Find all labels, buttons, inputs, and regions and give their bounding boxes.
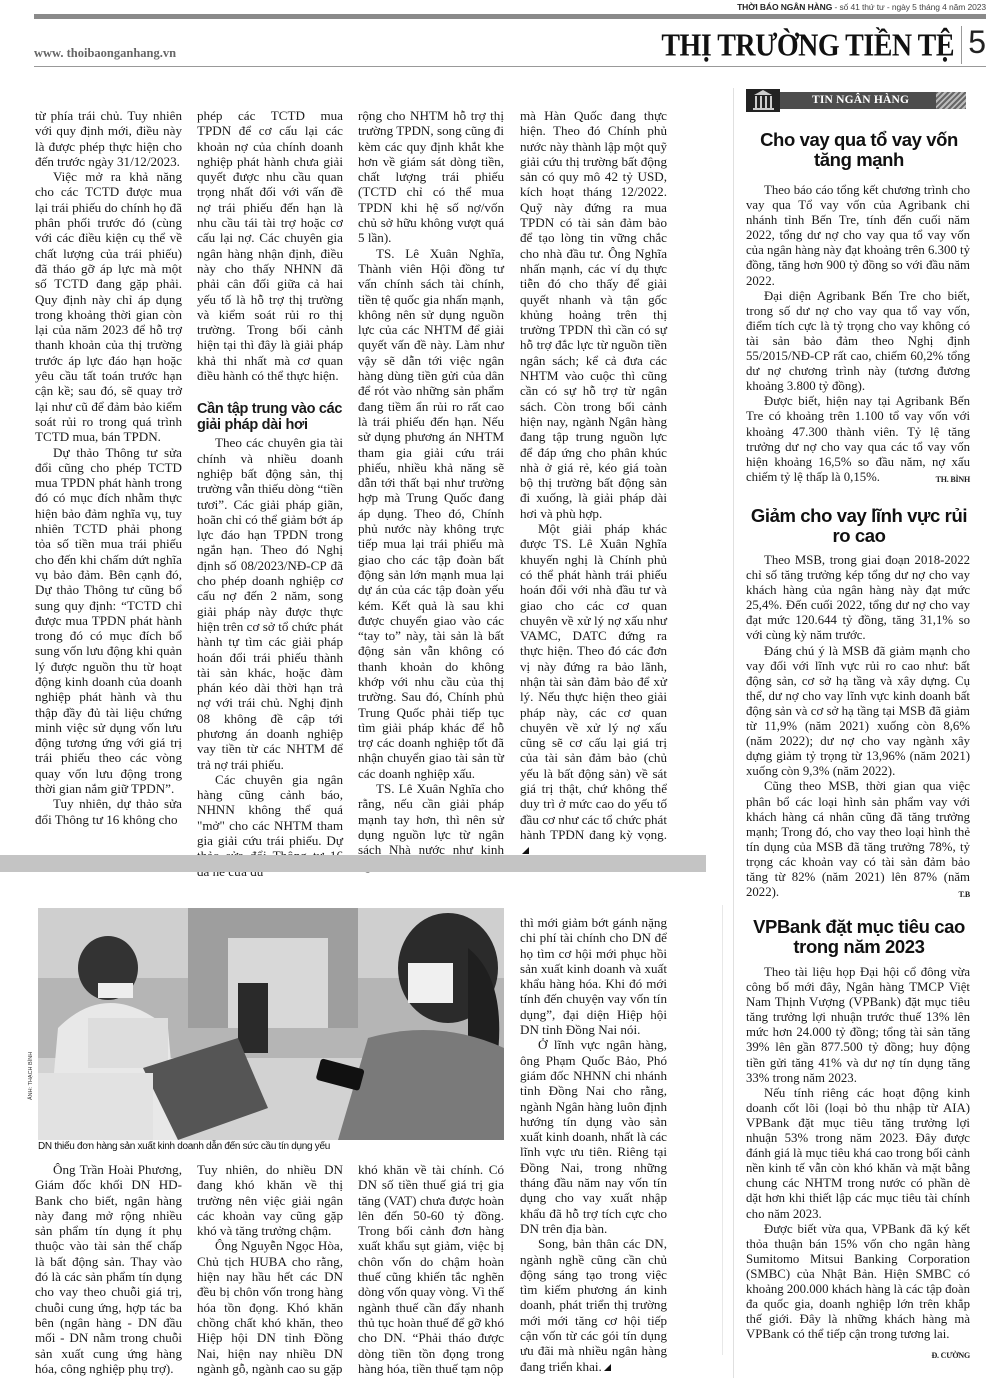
paragraph: Tuy nhiên, dự thảo sửa đổi Thông tư 16 k… bbox=[35, 796, 182, 827]
news-3-title: VPBank đặt mục tiêu cao trong năm 2023 bbox=[746, 917, 972, 957]
paragraph: Nếu tính riêng các hoạt động kinh doanh … bbox=[746, 1086, 970, 1222]
second-article-col-right: thì mới giảm bớt gánh nặng chi phí tài c… bbox=[520, 915, 667, 1374]
masthead-strip: THỜI BÁO NGÂN HÀNG - số 41 thứ tư - ngày… bbox=[0, 0, 1000, 14]
news-1-body: Theo báo cáo tổng kết chương trình cho v… bbox=[746, 183, 970, 487]
column-divider bbox=[722, 905, 723, 1355]
paragraph: rộng cho NHTM hỗ trợ thị trường TPDN, so… bbox=[358, 108, 504, 246]
paper-name: THỜI BÁO NGÂN HÀNG bbox=[737, 2, 832, 12]
second-article-col-3: khó khăn về tài chính. Có DN số tiền thu… bbox=[358, 1162, 504, 1376]
section-title: THỊ TRƯỜNG TIỀN TỆ bbox=[661, 28, 954, 65]
paragraph: mà Hàn Quốc đang thực hiện. Theo đó Chín… bbox=[520, 108, 667, 521]
photo-credit: ẢNH: THẠCH BÌNH bbox=[28, 1052, 34, 1100]
subheading: Cần tập trung vào các giải pháp dài hơi bbox=[197, 401, 343, 433]
paragraph: TS. Lê Xuân Nghĩa, Thành viên Hội đồng t… bbox=[358, 246, 504, 781]
paragraph: khó khăn về tài chính. Có DN số tiền thu… bbox=[358, 1162, 504, 1376]
paragraph: Tuy nhiên, do nhiều DN đang khó khăn về … bbox=[197, 1162, 343, 1238]
end-mark-icon bbox=[522, 847, 529, 854]
paragraph: phép các TCTD mua TPDN để cơ cấu lại các… bbox=[197, 108, 343, 383]
site-url[interactable]: www. thoibaonganhang.vn bbox=[34, 46, 176, 61]
photo-caption: DN thiếu đơn hàng sản xuất kinh doanh dẫ… bbox=[38, 1141, 330, 1152]
main-article-col-4: mà Hàn Quốc đang thực hiện. Theo đó Chín… bbox=[520, 108, 667, 858]
news-3-body: Theo tài liệu họp Đại hội cổ đông vừa cô… bbox=[746, 965, 970, 1363]
paragraph: Việc mở ra khả năng cho các TCTD được mu… bbox=[35, 169, 182, 444]
paragraph: Theo tài liệu họp Đại hội cổ đông vừa cô… bbox=[746, 965, 970, 1086]
bank-building-icon bbox=[746, 89, 780, 112]
second-article-col-1: Ông Trần Hoài Phương, Giám đốc khối DN H… bbox=[35, 1162, 182, 1376]
main-article-col-3: rộng cho NHTM hỗ trợ thị trường TPDN, so… bbox=[358, 108, 504, 873]
page-number-divider bbox=[961, 26, 962, 64]
header-rule bbox=[34, 66, 986, 67]
paragraph: Theo MSB, trong giai đoạn 2018-2022 chỉ … bbox=[746, 553, 970, 644]
section-divider-band bbox=[0, 855, 706, 872]
news-2-byline: T.B bbox=[746, 887, 970, 902]
paragraph: Một giải pháp khác được TS. Lê Xuân Nghĩ… bbox=[520, 521, 667, 842]
news-2-body: Theo MSB, trong giai đoạn 2018-2022 chỉ … bbox=[746, 553, 970, 902]
news-1-title: Cho vay qua tổ vay vốn tăng mạnh bbox=[746, 130, 972, 170]
photo-illustration-icon bbox=[38, 908, 504, 1140]
paragraph: Theo báo cáo tổng kết chương trình cho v… bbox=[746, 183, 970, 289]
paragraph: từ phía trái chủ. Tuy nhiên với quy định… bbox=[35, 108, 182, 169]
news-3-byline: Đ. CƯỜNG bbox=[746, 1348, 970, 1363]
paragraph: Ông Nguyễn Ngọc Hòa, Chủ tịch HUBA cho r… bbox=[197, 1238, 343, 1376]
issue-info: - số 41 thứ tư - ngày 5 tháng 4 năm 2023 bbox=[832, 2, 986, 12]
sidebar-header-hatch bbox=[936, 92, 966, 109]
paragraph: Cũng theo MSB, thời gian qua việc phân b… bbox=[746, 779, 970, 900]
paragraph: Ở lĩnh vực ngân hàng, ông Phạm Quốc Bảo,… bbox=[520, 1037, 667, 1236]
masthead-issue: THỜI BÁO NGÂN HÀNG - số 41 thứ tư - ngày… bbox=[737, 2, 986, 12]
second-article-col-2: Tuy nhiên, do nhiều DN đang khó khăn về … bbox=[197, 1162, 343, 1376]
header-gray-rule bbox=[34, 14, 986, 19]
end-mark-icon bbox=[604, 1364, 611, 1371]
article-photo[interactable] bbox=[38, 908, 504, 1140]
paragraph: Được biết vừa qua, VPBank đã ký kết thỏa… bbox=[746, 1222, 970, 1343]
news-2-title: Giảm cho vay lĩnh vực rủi ro cao bbox=[746, 506, 972, 546]
main-article-col-2: phép các TCTD mua TPDN để cơ cấu lại các… bbox=[197, 108, 343, 879]
main-article-col-1: từ phía trái chủ. Tuy nhiên với quy định… bbox=[35, 108, 182, 827]
paragraph: Đại diện Agribank Bến Tre cho biết, tron… bbox=[746, 289, 970, 395]
paragraph: Đáng chú ý là MSB đã giảm mạnh cho vay đ… bbox=[746, 644, 970, 780]
paragraph: Dự thảo Thông tư sửa đổi cũng cho phép T… bbox=[35, 445, 182, 797]
paragraph: Theo các chuyên gia tài chính và nhiều d… bbox=[197, 435, 343, 772]
paragraph: Song, bản thân các DN, ngành nghề cũng c… bbox=[520, 1236, 667, 1373]
paragraph: thì mới giảm bớt gánh nặng chi phí tài c… bbox=[520, 915, 667, 1037]
sidebar-divider bbox=[733, 88, 734, 1378]
page-number: 5 bbox=[968, 24, 986, 61]
sidebar-header-label: TIN NGÂN HÀNG bbox=[812, 94, 909, 106]
sidebar-header: TIN NGÂN HÀNG bbox=[746, 89, 966, 111]
paragraph: Ông Trần Hoài Phương, Giám đốc khối DN H… bbox=[35, 1162, 182, 1376]
